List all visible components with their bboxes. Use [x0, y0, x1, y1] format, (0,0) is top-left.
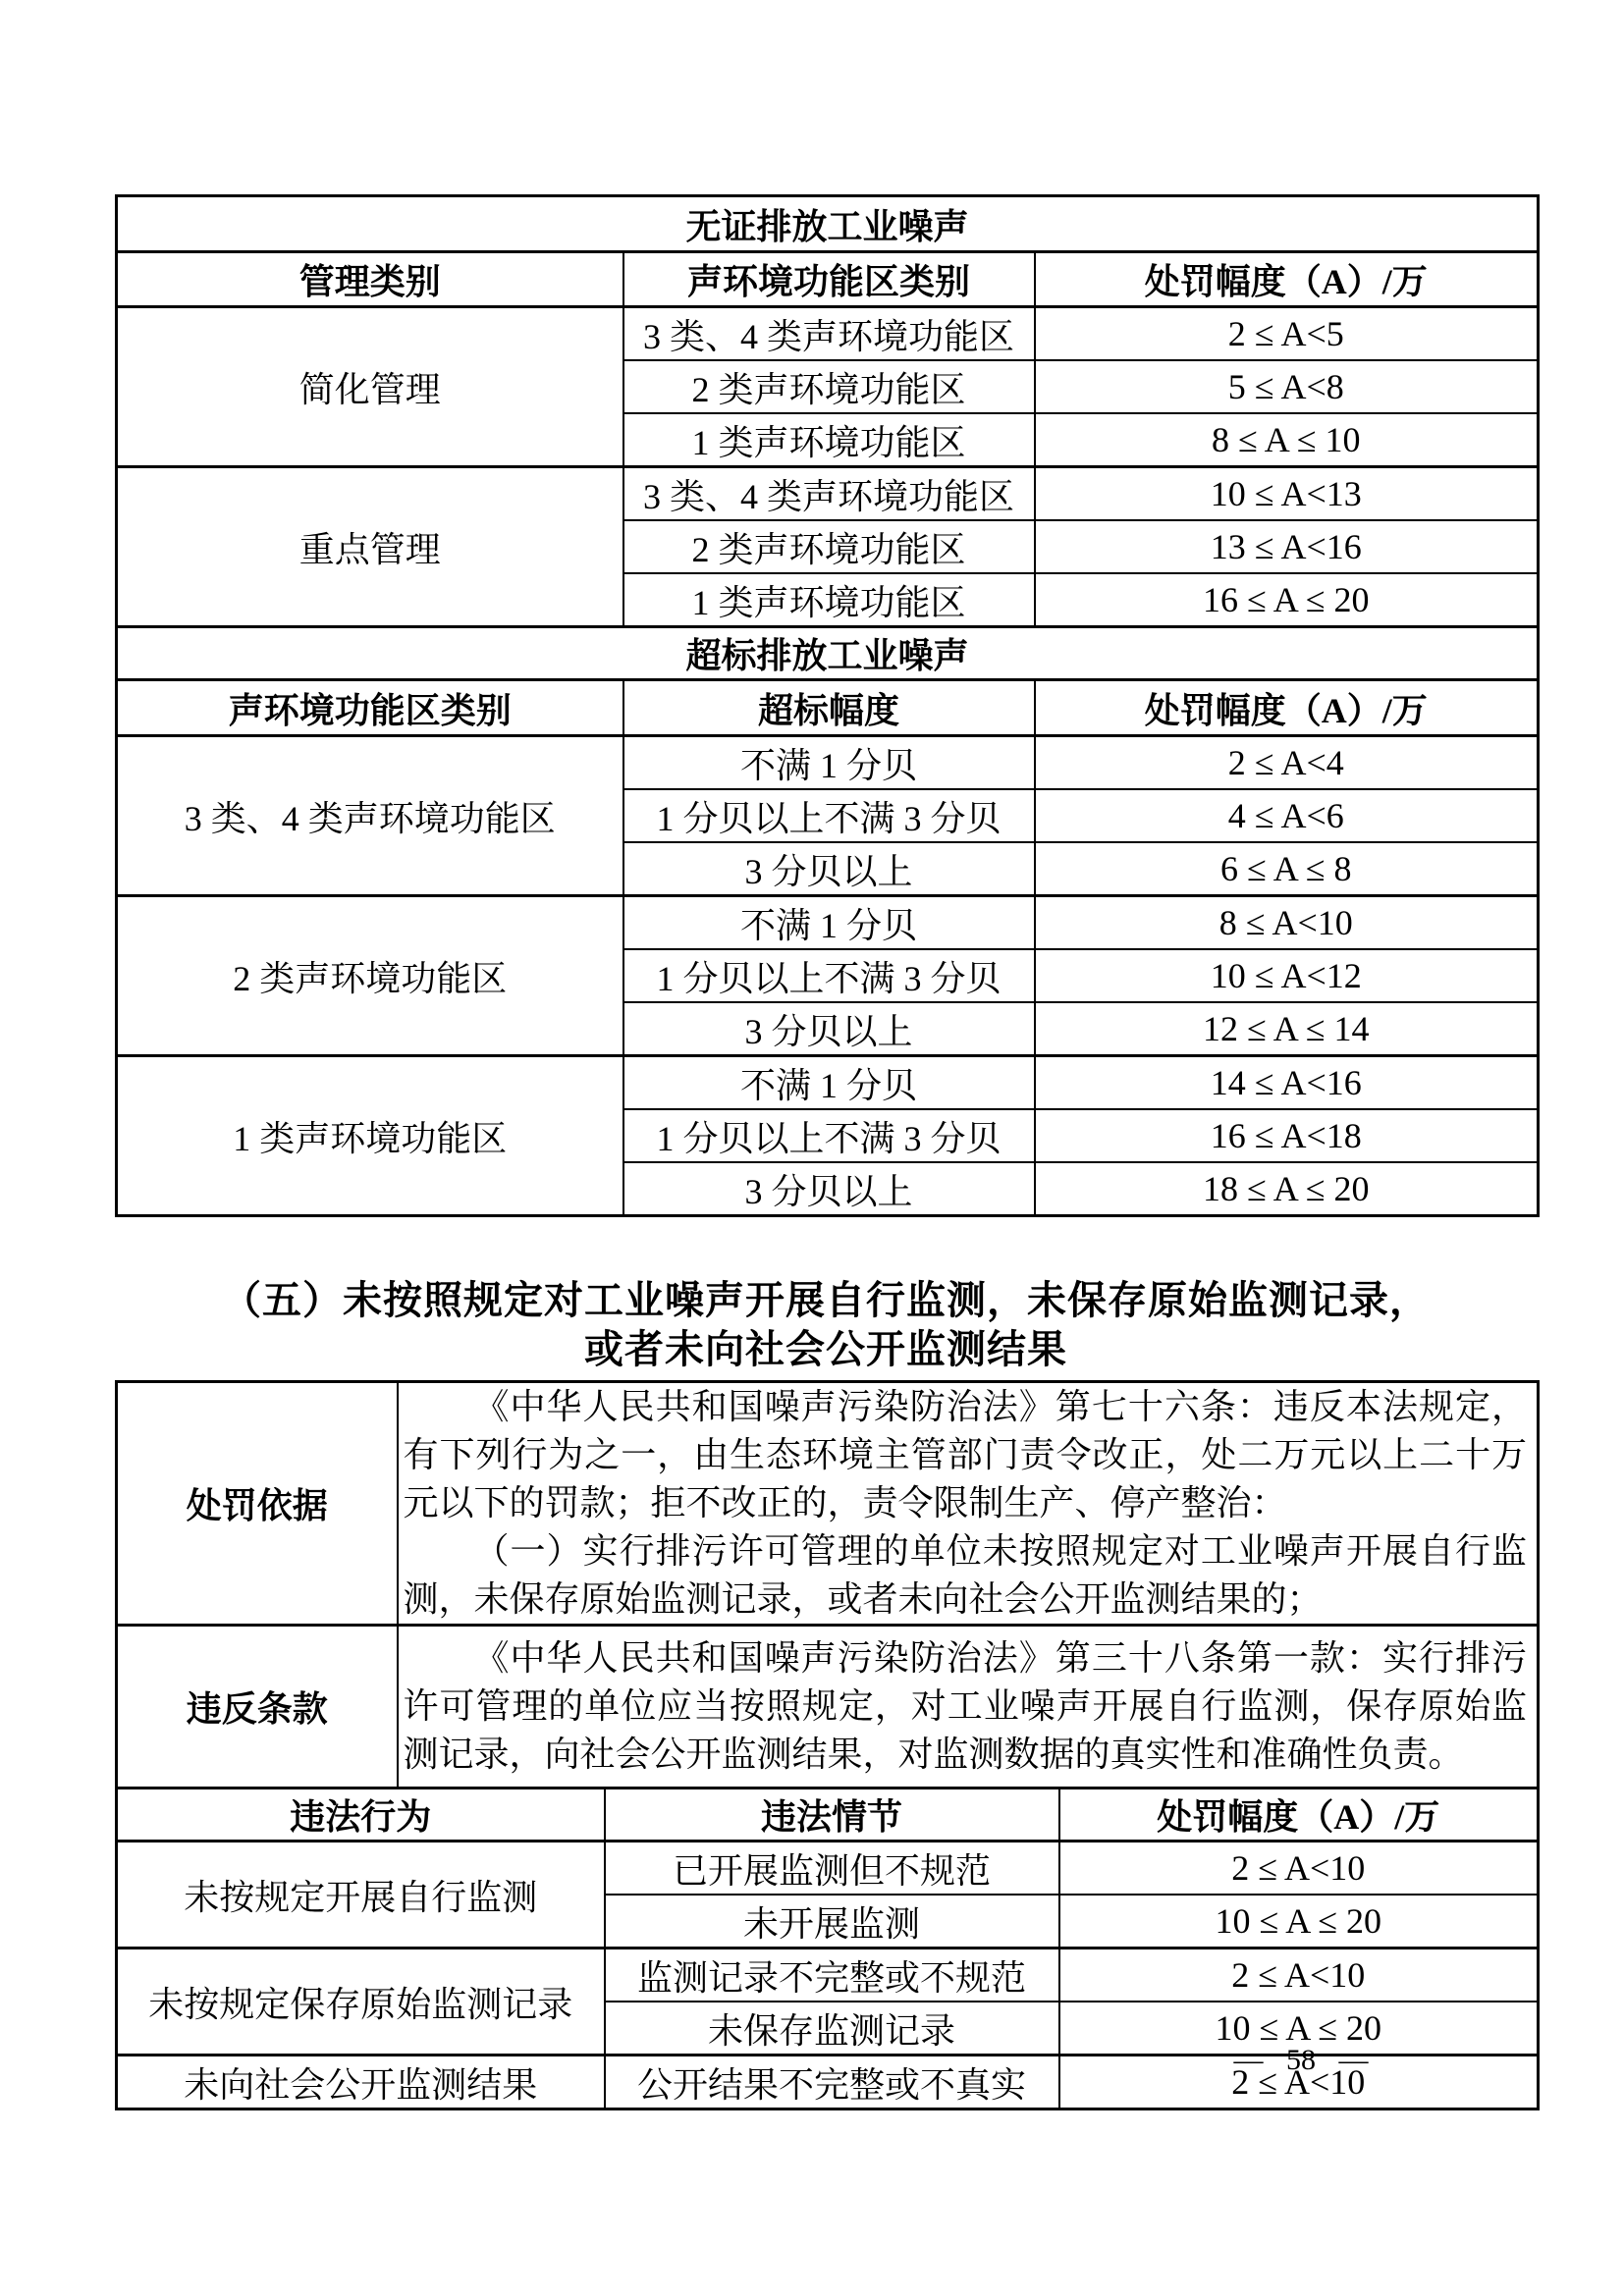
penalty-cell: 5 ≤ A<8: [1035, 360, 1539, 413]
zone-group-cell: 2 类声环境功能区: [117, 896, 623, 1056]
illegal-behavior-cell: 未按规定开展自行监测: [117, 1842, 605, 1949]
penalty-cell: 2 ≤ A<5: [1035, 307, 1539, 361]
penalty-cell: 4 ≤ A<6: [1035, 789, 1539, 842]
zone-cell: 3 类、4 类声环境功能区: [623, 307, 1035, 361]
zone-cell: 1 类声环境功能区: [623, 413, 1035, 467]
penalty-cell: 10 ≤ A ≤ 20: [1059, 1895, 1539, 1949]
column-header-penalty-range: 处罚幅度（A）/万: [1035, 252, 1539, 307]
management-category-cell: 重点管理: [117, 467, 623, 627]
circumstance-cell: 未开展监测: [605, 1895, 1059, 1949]
penalty-cell: 12 ≤ A ≤ 14: [1035, 1002, 1539, 1056]
column-header-exceed-range: 超标幅度: [623, 680, 1035, 736]
column-header-zone-type: 声环境功能区类别: [623, 252, 1035, 307]
zone-group-cell: 1 类声环境功能区: [117, 1056, 623, 1216]
exceed-range-cell: 1 分贝以上不满 3 分贝: [623, 1109, 1035, 1162]
penalty-cell: 16 ≤ A<18: [1035, 1109, 1539, 1162]
column-header-penalty-range: 处罚幅度（A）/万: [1035, 680, 1539, 736]
penalty-basis-text: 《中华人民共和国噪声污染防治法》第七十六条：违反本法规定，有下列行为之一，由生态…: [398, 1382, 1539, 1626]
zone-cell: 2 类声环境功能区: [623, 520, 1035, 573]
violated-clause-paragraph-1: 《中华人民共和国噪声污染防治法》第三十八条第一款：实行排污许可管理的单位应当按照…: [404, 1634, 1528, 1779]
section-heading-line2: 或者未向社会公开监测结果: [115, 1325, 1537, 1374]
exceed-range-cell: 不满 1 分贝: [623, 736, 1035, 790]
penalty-cell: 14 ≤ A<16: [1035, 1056, 1539, 1110]
document-page: 无证排放工业噪声 管理类别 声环境功能区类别 处罚幅度（A）/万 简化管理 3 …: [0, 0, 1624, 2296]
penalty-basis-paragraph-1: 《中华人民共和国噪声污染防治法》第七十六条：违反本法规定，有下列行为之一，由生态…: [404, 1383, 1528, 1527]
penalty-cell: 16 ≤ A ≤ 20: [1035, 573, 1539, 627]
circumstance-cell: 未保存监测记录: [605, 2002, 1059, 2056]
exceed-section-title: 超标排放工业噪声: [117, 627, 1539, 680]
penalty-basis-paragraph-2: （一）实行排污许可管理的单位未按照规定对工业噪声开展自行监测，未保存原始监测记录…: [404, 1527, 1528, 1624]
document-content: 无证排放工业噪声 管理类别 声环境功能区类别 处罚幅度（A）/万 简化管理 3 …: [115, 194, 1537, 2110]
violated-clause-label: 违反条款: [117, 1626, 398, 1789]
illegal-behavior-cell: 未向社会公开监测结果: [117, 2056, 605, 2109]
zone-cell: 1 类声环境功能区: [623, 573, 1035, 627]
circumstance-cell: 监测记录不完整或不规范: [605, 1949, 1059, 2002]
penalty-cell: 8 ≤ A ≤ 10: [1035, 413, 1539, 467]
exceed-range-cell: 1 分贝以上不满 3 分贝: [623, 789, 1035, 842]
penalty-cell: 10 ≤ A<13: [1035, 467, 1539, 521]
penalty-cell: 8 ≤ A<10: [1035, 896, 1539, 950]
penalty-cell: 2 ≤ A<10: [1059, 1842, 1539, 1896]
circumstance-cell: 已开展监测但不规范: [605, 1842, 1059, 1896]
section-heading: （五）未按照规定对工业噪声开展自行监测，未保存原始监测记录， 或者未向社会公开监…: [115, 1276, 1537, 1374]
page-number: — 58 —: [1203, 2044, 1399, 2077]
zone-group-cell: 3 类、4 类声环境功能区: [117, 736, 623, 896]
zone-cell: 2 类声环境功能区: [623, 360, 1035, 413]
penalty-cell: 2 ≤ A<10: [1059, 1949, 1539, 2002]
column-header-management-category: 管理类别: [117, 252, 623, 307]
unlicensed-section-title: 无证排放工业噪声: [117, 196, 1539, 252]
exceed-range-cell: 3 分贝以上: [623, 1162, 1035, 1216]
exceed-range-cell: 3 分贝以上: [623, 842, 1035, 896]
column-header-illegal-circumstance: 违法情节: [605, 1789, 1059, 1842]
exceed-range-cell: 不满 1 分贝: [623, 896, 1035, 950]
zone-cell: 3 类、4 类声环境功能区: [623, 467, 1035, 521]
column-header-penalty-range: 处罚幅度（A）/万: [1059, 1789, 1539, 1842]
exceed-range-cell: 1 分贝以上不满 3 分贝: [623, 949, 1035, 1002]
penalty-cell: 10 ≤ A<12: [1035, 949, 1539, 1002]
penalty-cell: 6 ≤ A ≤ 8: [1035, 842, 1539, 896]
penalty-cell: 13 ≤ A<16: [1035, 520, 1539, 573]
violation-detail-table: 处罚依据 《中华人民共和国噪声污染防治法》第七十六条：违反本法规定，有下列行为之…: [115, 1380, 1540, 2110]
penalty-basis-label: 处罚依据: [117, 1382, 398, 1626]
violated-clause-text: 《中华人民共和国噪声污染防治法》第三十八条第一款：实行排污许可管理的单位应当按照…: [398, 1626, 1539, 1789]
penalty-cell: 18 ≤ A ≤ 20: [1035, 1162, 1539, 1216]
circumstance-cell: 公开结果不完整或不真实: [605, 2056, 1059, 2109]
column-header-zone-type: 声环境功能区类别: [117, 680, 623, 736]
illegal-behavior-cell: 未按规定保存原始监测记录: [117, 1949, 605, 2056]
exceed-range-cell: 3 分贝以上: [623, 1002, 1035, 1056]
exceed-range-cell: 不满 1 分贝: [623, 1056, 1035, 1110]
penalty-cell: 2 ≤ A<4: [1035, 736, 1539, 790]
noise-penalty-table: 无证排放工业噪声 管理类别 声环境功能区类别 处罚幅度（A）/万 简化管理 3 …: [115, 194, 1540, 1217]
section-heading-line1: （五）未按照规定对工业噪声开展自行监测，未保存原始监测记录，: [115, 1276, 1537, 1325]
column-header-illegal-behavior: 违法行为: [117, 1789, 605, 1842]
management-category-cell: 简化管理: [117, 307, 623, 467]
